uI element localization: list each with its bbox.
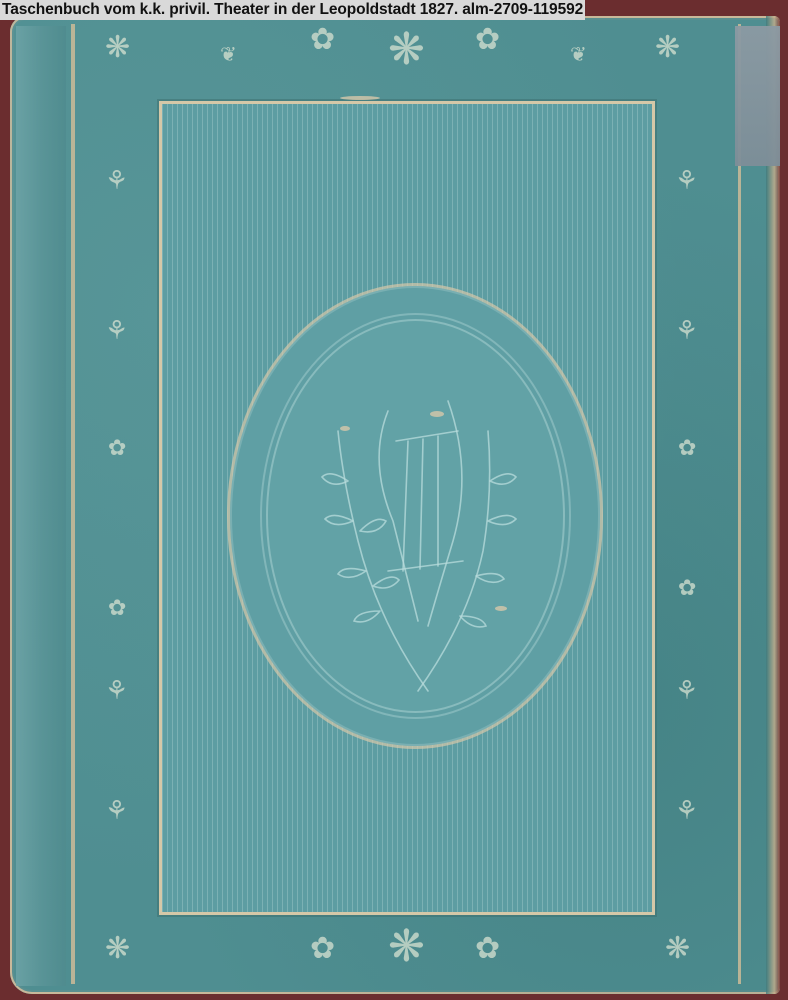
- image-caption: Taschenbuch vom k.k. privil. Theater in …: [0, 0, 585, 20]
- worn-spot: [495, 606, 507, 611]
- worn-spot: [430, 411, 444, 417]
- bottom-right-corner-ornament: ❋: [665, 931, 690, 966]
- left-rosette-ornament: ✿: [108, 436, 126, 461]
- book-cover: ✿ ❋ ✿ ❋ ❋ ❦ ❦ ✿ ❋ ✿ ❋ ❋ ⚘ ⚘ ✿ ✿ ⚘ ⚘ ⚘ ⚘ …: [10, 16, 780, 994]
- right-palmette-ornament-3: ⚘: [675, 676, 698, 706]
- left-palmette-ornament: ⚘: [105, 166, 128, 196]
- bottom-rosette-ornament-right: ✿: [475, 931, 500, 966]
- top-right-corner-ornament: ❋: [655, 30, 680, 65]
- top-leaf-ornament: ❦: [220, 42, 237, 66]
- worn-spot: [340, 426, 350, 431]
- top-rosette-ornament: ✿: [310, 22, 335, 57]
- right-palmette-ornament-4: ⚘: [675, 796, 698, 826]
- top-left-corner-ornament: ❋: [105, 30, 130, 65]
- spine-line-right: [738, 24, 741, 984]
- left-palmette-ornament-2: ⚘: [105, 316, 128, 346]
- left-palmette-ornament-4: ⚘: [105, 796, 128, 826]
- right-palmette-ornament: ⚘: [675, 166, 698, 196]
- right-rosette-ornament-2: ✿: [678, 576, 696, 601]
- left-rosette-ornament-2: ✿: [108, 596, 126, 621]
- spine-line-left: [71, 24, 75, 984]
- top-leaf-ornament-right: ❦: [570, 42, 587, 66]
- top-rosette-ornament-right: ✿: [475, 22, 500, 57]
- right-palmette-ornament-2: ⚘: [675, 316, 698, 346]
- bottom-center-ornament: ❋: [388, 921, 425, 972]
- bottom-rosette-ornament: ✿: [310, 931, 335, 966]
- lyre-laurel-emblem: [268, 321, 563, 711]
- spine-strip: [16, 26, 66, 986]
- gray-tape-strip: [735, 26, 780, 166]
- left-palmette-ornament-3: ⚘: [105, 676, 128, 706]
- worn-spot: [340, 96, 380, 100]
- right-rosette-ornament: ✿: [678, 436, 696, 461]
- bottom-left-corner-ornament: ❋: [105, 931, 130, 966]
- top-center-ornament: ❋: [388, 24, 425, 75]
